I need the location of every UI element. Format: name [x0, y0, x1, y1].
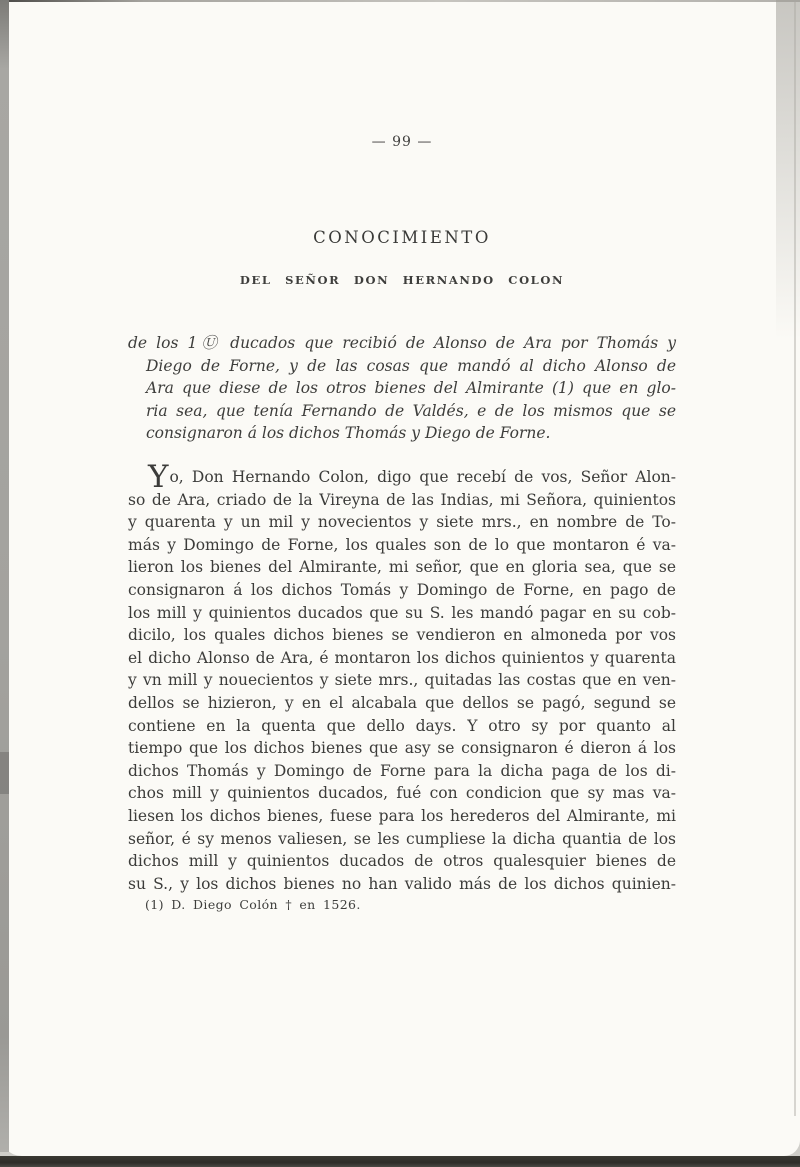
text-line: dellos se hizieron, y en el alcabala que…	[128, 692, 676, 715]
text-line: so de Ara, criado de la Vireyna de las I…	[128, 489, 676, 512]
summary-paragraph: de los 1Ⓤ ducados que recibió de Alonso …	[128, 332, 676, 445]
text-line: dichos mill y quinientos ducados de otro…	[128, 850, 676, 873]
text-line: contiene en la quenta que dello days. Y …	[128, 715, 676, 738]
footnote: (1) D. Diego Colón † en 1526.	[145, 897, 676, 912]
text-line: y quarenta y un mil y novecientos y siet…	[128, 511, 676, 534]
page-bottom-curve	[0, 1116, 800, 1156]
top-page-edge	[0, 0, 800, 2]
page-number: — 99 —	[128, 134, 676, 150]
text-line: el dicho Alonso de Ara, é montaron los d…	[128, 647, 676, 670]
text-line: Ara que diese de los otros bienes del Al…	[146, 377, 676, 400]
text-line: chos mill y quinientos ducados, fué con …	[128, 782, 676, 805]
text-line: ria sea, que tenía Fernando de Valdés, e…	[146, 400, 676, 423]
text-line: dichos Thomás y Domingo de Forne para la…	[128, 760, 676, 783]
text-line: consignaron á los dichos Tomás y Domingo…	[128, 579, 676, 602]
text-line: liesen los dichos bienes, fuese para los…	[128, 805, 676, 828]
first-line-text: o, Don Hernando Colon, digo que recebí d…	[169, 468, 676, 486]
text-line: de los 1Ⓤ ducados que recibió de Alonso …	[128, 332, 676, 355]
text-line: Yo, Don Hernando Colon, digo que recebí …	[128, 466, 676, 489]
body-paragraph: Yo, Don Hernando Colon, digo que recebí …	[128, 466, 676, 895]
book-bottom-shadow-bar	[0, 1156, 800, 1167]
document-subtitle: DEL SEÑOR DON HERNANDO COLON	[128, 273, 676, 287]
text-line: lieron los bienes del Almirante, mi seño…	[128, 556, 676, 579]
text-line: consignaron á los dichos Thomás y Diego …	[146, 422, 676, 445]
right-page-edge-shading	[776, 0, 800, 340]
body-lines: so de Ara, criado de la Vireyna de las I…	[128, 489, 676, 896]
text-line: su S., y los dichos bienes no han valido…	[128, 873, 676, 896]
text-line: dicilo, los quales dichos bienes se vend…	[128, 624, 676, 647]
text-line: más y Domingo de Forne, los quales son d…	[128, 534, 676, 557]
text-line: y vn mill y nouecientos y siete mrs., qu…	[128, 669, 676, 692]
text-line: señor, é sy menos valiesen, se les cumpl…	[128, 828, 676, 851]
text-line: Diego de Forne, y de las cosas que mandó…	[146, 355, 676, 378]
document-title: CONOCIMIENTO	[128, 228, 676, 247]
text-line: los mill y quinientos ducados que su S. …	[128, 602, 676, 625]
right-page-edge-line	[794, 0, 796, 1140]
left-edge-smudge	[0, 752, 9, 794]
left-page-edge	[0, 0, 9, 1152]
scanned-book-page: { "page": { "number": "— 99 —", "title":…	[0, 0, 800, 1167]
text-line: tiempo que los dichos bienes que asy se …	[128, 737, 676, 760]
